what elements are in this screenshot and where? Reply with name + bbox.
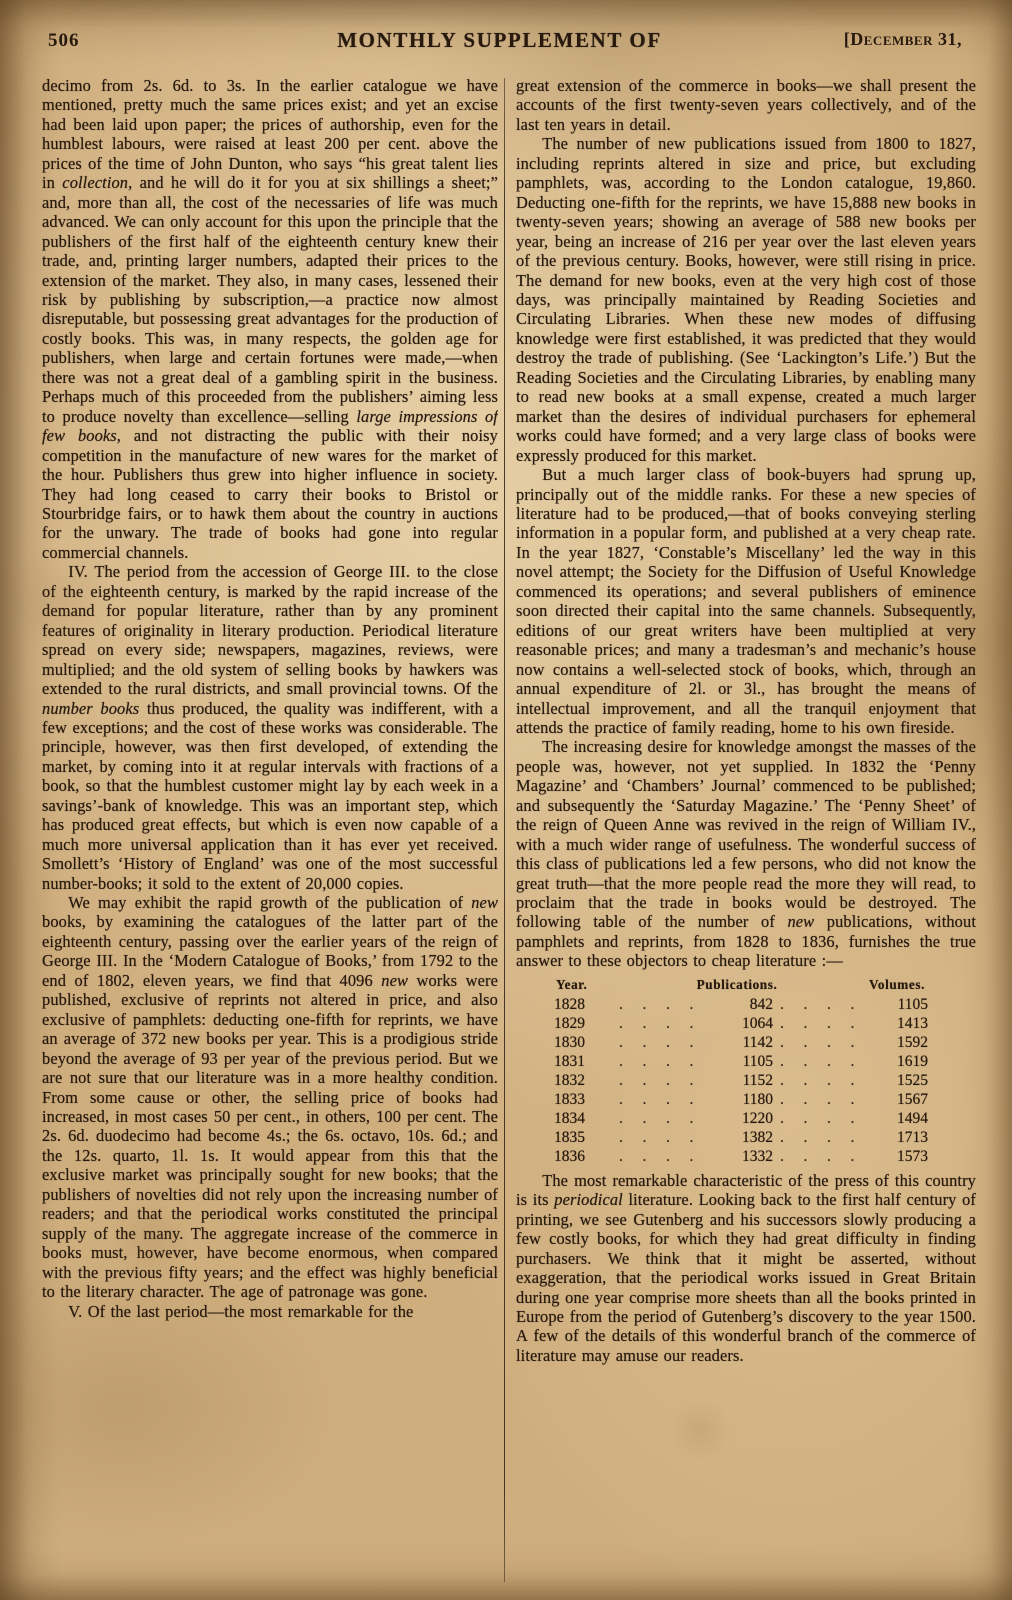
paragraph: great extension of the commerce in books… <box>516 76 976 134</box>
dot-leader <box>612 1147 701 1166</box>
table-row: 183111051619 <box>550 1052 932 1071</box>
dot-leader <box>612 1109 701 1128</box>
scanned-book-page: 506 MONTHLY SUPPLEMENT OF [December 31, … <box>0 0 1012 1600</box>
dot-leader <box>773 995 862 1014</box>
table-header-row: Year.Publications.Volumes. <box>550 975 932 994</box>
paragraph: decimo from 2s. 6d. to 3s. In the earlie… <box>42 76 498 562</box>
dot-leader <box>773 1071 862 1090</box>
page-number: 506 <box>48 30 80 52</box>
table-header-year: Year. <box>550 975 587 994</box>
volumes-cell: 1525 <box>897 1071 932 1090</box>
dot-leader <box>612 1014 701 1033</box>
volumes-cell: 1494 <box>897 1109 932 1128</box>
table-row: 183613321573 <box>550 1147 932 1166</box>
year-cell: 1833 <box>550 1090 585 1109</box>
publications-cell: 1105 <box>743 1052 773 1071</box>
year-cell: 1836 <box>550 1147 585 1166</box>
publications-cell: 842 <box>750 995 773 1014</box>
publications-cell: 1142 <box>743 1033 773 1052</box>
left-column: decimo from 2s. 6d. to 3s. In the earlie… <box>42 76 498 1586</box>
volumes-cell: 1567 <box>897 1090 932 1109</box>
table-row: 182910641413 <box>550 1014 932 1033</box>
publications-cell: 1180 <box>743 1090 773 1109</box>
volumes-cell: 1592 <box>897 1033 932 1052</box>
paragraph: The most remarkable characteristic of th… <box>516 1171 976 1366</box>
dot-leader <box>612 1071 701 1090</box>
year-cell: 1830 <box>550 1033 585 1052</box>
table-header-volumes: Volumes. <box>869 975 925 994</box>
table-row: 183211521525 <box>550 1071 932 1090</box>
dot-leader <box>612 1090 701 1109</box>
year-cell: 1831 <box>550 1052 585 1071</box>
year-cell: 1828 <box>550 995 585 1014</box>
paragraph: We may exhibit the rapid growth of the p… <box>42 893 498 1302</box>
dot-leader <box>612 1052 701 1071</box>
dot-leader <box>612 1128 701 1147</box>
dot-leader <box>773 1014 862 1033</box>
table-header-publications: Publications. <box>697 975 778 994</box>
volumes-cell: 1573 <box>897 1147 932 1166</box>
table-row: 183011421592 <box>550 1033 932 1052</box>
dot-leader <box>773 1090 862 1109</box>
paragraph: But a much larger class of book-buyers h… <box>516 465 976 737</box>
issue-date: [December 31, <box>844 29 962 50</box>
volumes-cell: 1713 <box>897 1128 932 1147</box>
right-column: great extension of the commerce in books… <box>516 76 976 1586</box>
publications-cell: 1064 <box>742 1014 773 1033</box>
table-row: 183513821713 <box>550 1128 932 1147</box>
publications-cell: 1332 <box>742 1147 773 1166</box>
publications-table: Year.Publications.Volumes.18288421105182… <box>550 975 932 1166</box>
paragraph: The increasing desire for knowledge amon… <box>516 737 976 970</box>
dot-leader <box>773 1033 862 1052</box>
volumes-cell: 1619 <box>897 1052 932 1071</box>
dot-leader <box>612 1033 701 1052</box>
table-row: 183311801567 <box>550 1090 932 1109</box>
paragraph: The number of new publications issued fr… <box>516 134 976 465</box>
table-row: 18288421105 <box>550 995 932 1014</box>
paragraph: V. Of the last period—the most remarkabl… <box>42 1302 498 1321</box>
publications-cell: 1220 <box>742 1109 773 1128</box>
volumes-cell: 1413 <box>897 1014 932 1033</box>
year-cell: 1829 <box>550 1014 585 1033</box>
publications-cell: 1382 <box>742 1128 773 1147</box>
journal-title: MONTHLY SUPPLEMENT OF <box>337 28 662 53</box>
dot-leader <box>612 995 701 1014</box>
paragraph: IV. The period from the accession of Geo… <box>42 562 498 893</box>
dot-leader <box>773 1109 862 1128</box>
publications-cell: 1152 <box>743 1071 773 1090</box>
text-columns: decimo from 2s. 6d. to 3s. In the earlie… <box>0 76 1012 1586</box>
dot-leader <box>773 1128 862 1147</box>
dot-leader <box>773 1052 862 1071</box>
table-row: 183412201494 <box>550 1109 932 1128</box>
year-cell: 1835 <box>550 1128 585 1147</box>
volumes-cell: 1105 <box>898 995 932 1014</box>
year-cell: 1834 <box>550 1109 585 1128</box>
page-header: 506 MONTHLY SUPPLEMENT OF [December 31, <box>0 0 1012 62</box>
dot-leader <box>773 1147 862 1166</box>
year-cell: 1832 <box>550 1071 585 1090</box>
column-rule <box>504 78 505 1582</box>
